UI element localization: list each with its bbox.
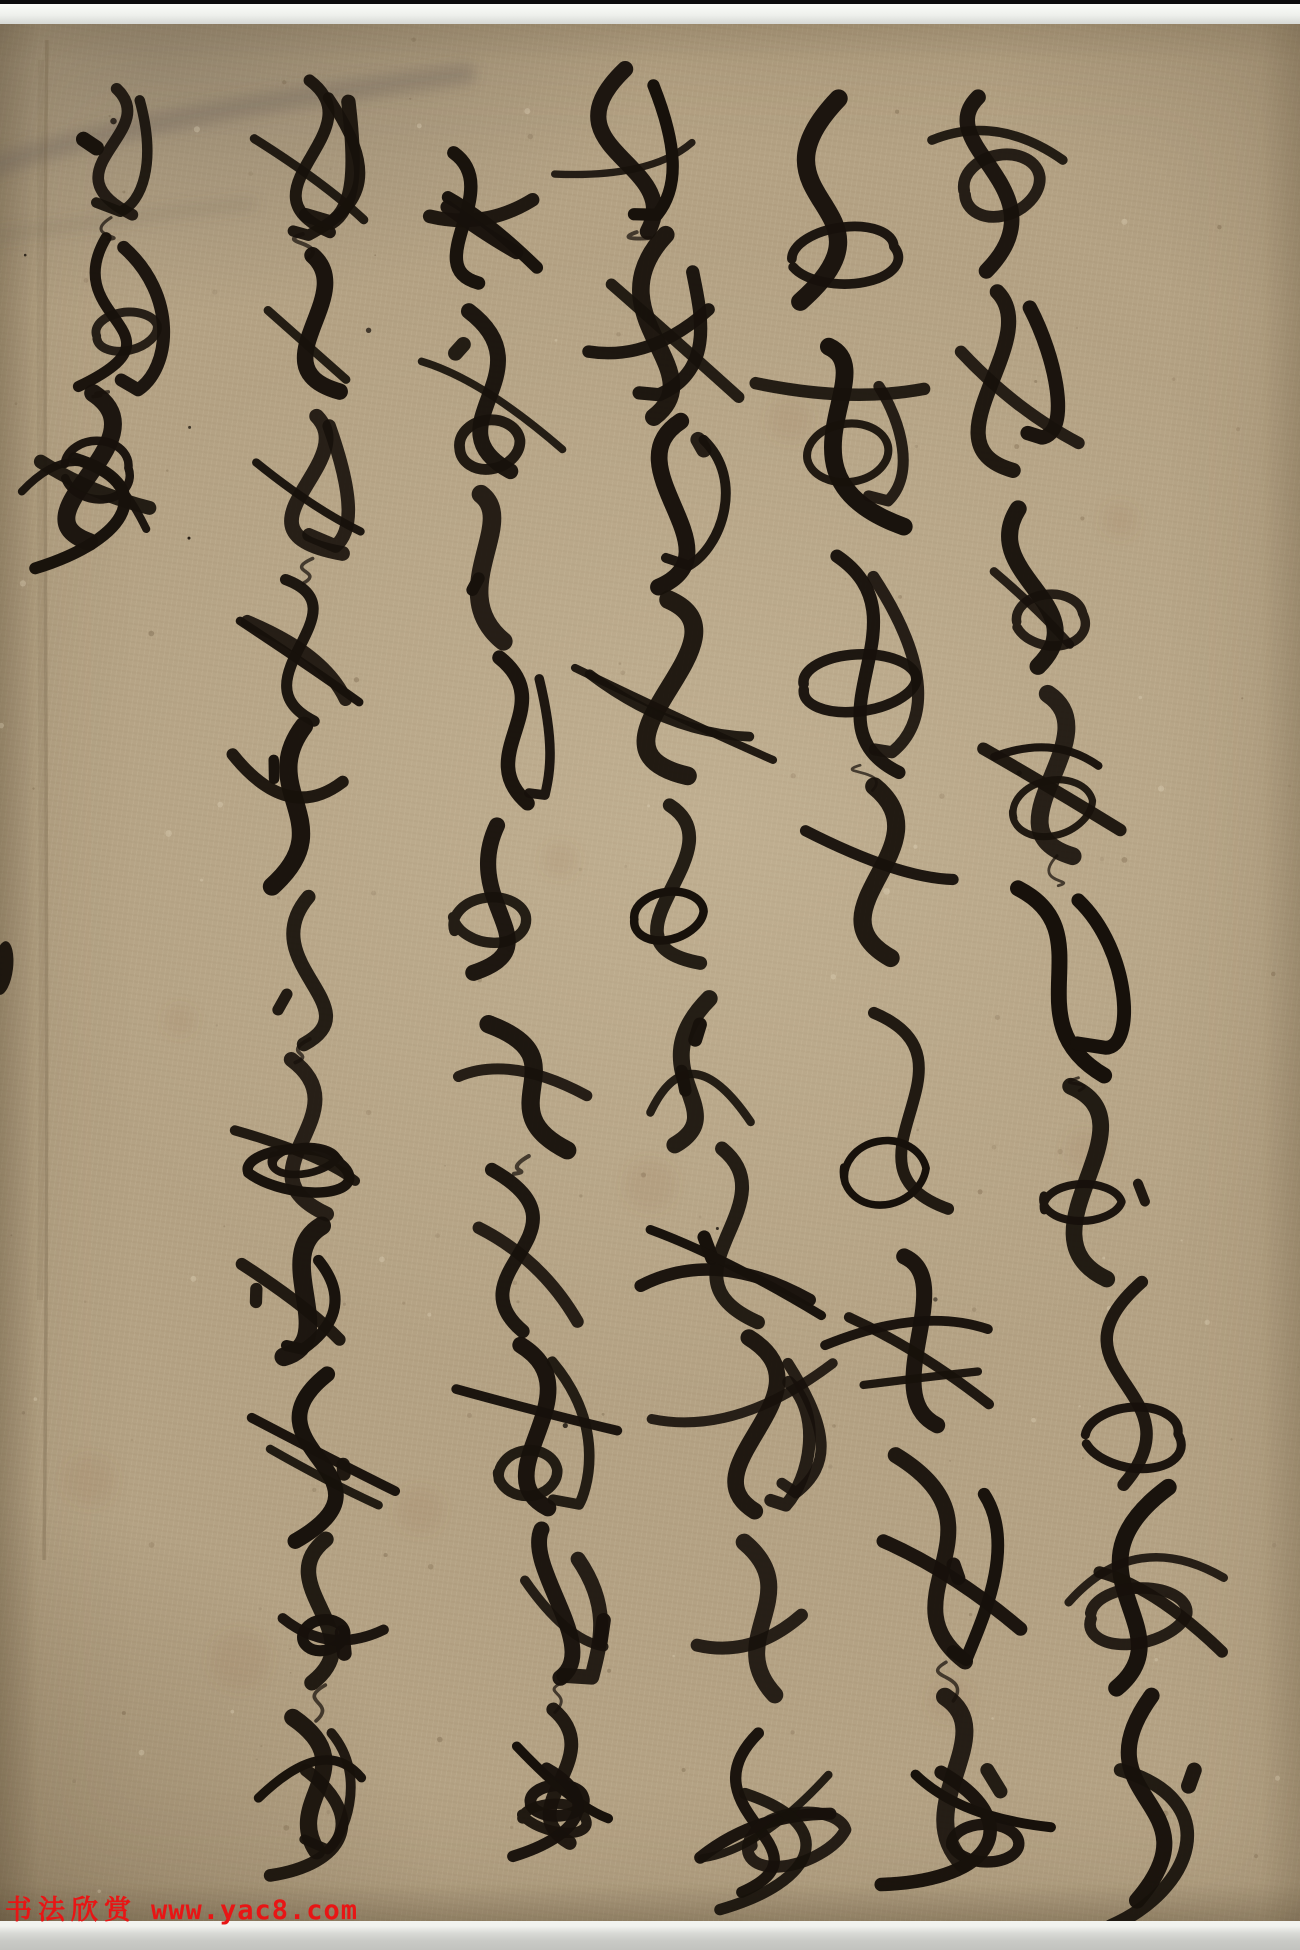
top-mounting-band [0, 4, 1300, 24]
watermark: 书法欣赏 www.yac8.com [5, 1888, 358, 1927]
watermark-site-name: 书法欣赏 [5, 1888, 137, 1927]
paper-sheet [0, 24, 1300, 1921]
watermark-url: www.yac8.com [151, 1895, 358, 1926]
calligraphy-page: 书法欣赏 www.yac8.com [0, 0, 1300, 1950]
